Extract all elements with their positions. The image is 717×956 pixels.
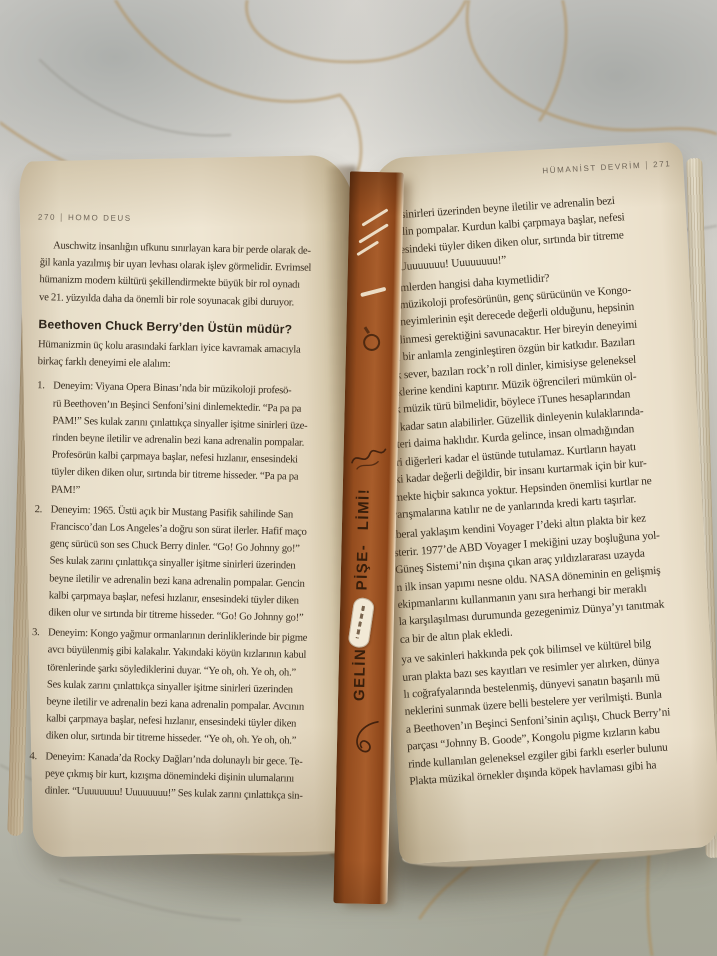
opening-paragraph: Auschwitz insanlığın ufkunu sınırlayan k… — [39, 237, 340, 312]
swirl-flourish-icon — [348, 441, 392, 475]
running-head-separator: | — [56, 212, 68, 222]
item-text: Deneyim: Kongo yağmur ormanlarının derin… — [46, 625, 332, 751]
right-page-text: işitme sinirleri üzerinden beyne iletili… — [371, 189, 717, 792]
book-title: HOMO DEUS — [68, 213, 132, 223]
bookmark-publisher-logo — [361, 332, 381, 352]
left-page-text: Auschwitz insanlığın ufkunu sınırlayan k… — [29, 237, 341, 805]
curl-flourish-icon — [344, 713, 385, 762]
bookmark-dash-mark — [360, 287, 386, 297]
running-head-separator: | — [641, 159, 653, 170]
bookmark-word-pise: PİŞE- — [354, 544, 372, 591]
right-page-number: 271 — [653, 159, 672, 169]
experience-item-4: 4. Deneyim: Kanada’da Rocky Dağları’nda … — [29, 748, 330, 806]
bookmark-word-limi: LİMİ! — [355, 488, 373, 531]
item-text: Deneyim: Kanada’da Rocky Dağları’nda dol… — [45, 748, 330, 806]
bookmark-ribbon-badge — [347, 597, 375, 650]
experience-item-2: 2. Deneyim: 1965. Üstü açık bir Mustang … — [32, 501, 334, 628]
item-text: Deneyim: 1965. Üstü açık bir Mustang Pas… — [48, 501, 334, 627]
experience-list: 1. Deneyim: Viyana Opera Binası’nda bir … — [29, 378, 338, 806]
left-running-head: 270|HOMO DEUS — [38, 212, 132, 223]
section-heading: Beethoven Chuck Berry’den Üstün müdür? — [38, 316, 338, 339]
left-page-number: 270 — [38, 213, 56, 222]
item-number: 4. — [29, 748, 46, 800]
item-text: Deneyim: Viyana Opera Binası’nda bir müz… — [51, 378, 337, 504]
experience-item-1: 1. Deneyim: Viyana Opera Binası’nda bir … — [35, 378, 337, 505]
left-page: 270|HOMO DEUS Auschwitz insanlığın ufkun… — [19, 155, 370, 858]
right-page: HÜMANİST DEVRİM|271 işitme sinirleri üze… — [361, 142, 717, 865]
right-running-head: HÜMANİST DEVRİM|271 — [542, 158, 671, 175]
right-paragraph-2: eneyimlerden hangisi daha kıymetlidir? a… — [376, 261, 699, 525]
intro-paragraph: Hümanizmin üç kolu arasındaki farkları i… — [38, 336, 339, 377]
right-paragraph-4: ya ve sakinleri hakkında pek çok bilimse… — [401, 632, 717, 791]
right-paragraph-3: iberal yaklaşım kendini Voyager I’deki a… — [392, 507, 707, 649]
experience-item-3: 3. Deneyim: Kongo yağmur ormanlarının de… — [30, 624, 332, 751]
bookmark-word-gelin: GELİN — [351, 648, 369, 702]
chapter-title: HÜMANİST DEVRİM — [542, 161, 641, 176]
